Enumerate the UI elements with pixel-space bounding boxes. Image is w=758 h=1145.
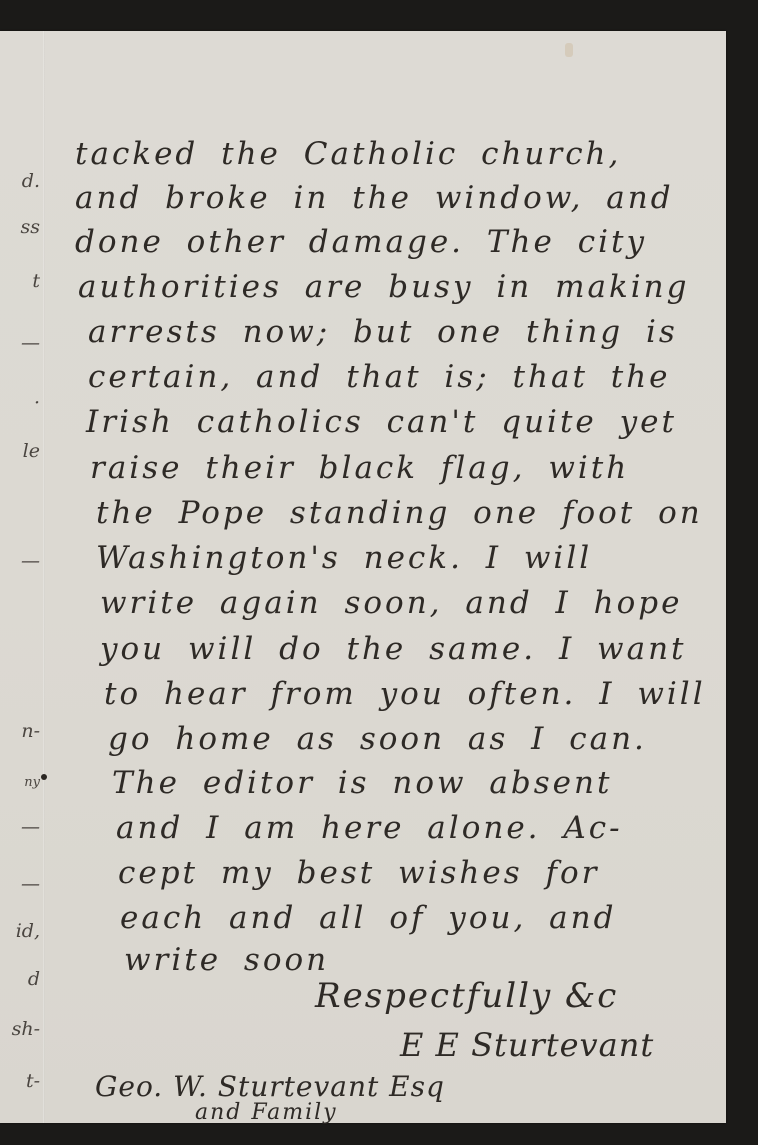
letter-line: raise their black flag, with: [90, 450, 629, 486]
paper-stain: [565, 43, 573, 57]
margin-fragment: d.: [0, 170, 40, 192]
letter-line: cept my best wishes for: [118, 855, 599, 891]
margin-fragment: —: [0, 332, 40, 354]
margin-fragment: le: [0, 440, 40, 462]
margin-fragment: —: [0, 550, 40, 572]
letter-line: and broke in the window, and: [75, 180, 674, 216]
letter-line: arrests now; but one thing is: [88, 314, 678, 350]
margin-fragment: n-: [0, 720, 40, 742]
ink-blot: [41, 774, 47, 780]
letter-line: the Pope standing one foot on: [96, 495, 703, 531]
addressee-name: Geo. W. Sturtevant Esq: [95, 1070, 445, 1103]
letter-line: you will do the same. I want: [100, 631, 687, 667]
letter-line: tacked the Catholic church,: [75, 136, 621, 172]
letter-line: The editor is now absent: [112, 765, 612, 801]
margin-fragment: d: [0, 968, 40, 990]
margin-fragment: ·: [0, 392, 40, 414]
letter-line: Washington's neck. I will: [96, 540, 592, 576]
margin-fragment: —: [0, 873, 40, 895]
letter-line: authorities are busy in making: [78, 269, 689, 305]
margin-fragment: —: [0, 816, 40, 838]
letter-line: certain, and that is; that the: [88, 359, 671, 395]
margin-fragment: t: [0, 270, 40, 292]
margin-fragment: ss: [0, 216, 40, 238]
margin-fragment: ny: [0, 775, 40, 790]
letter-line: and I am here alone. Ac-: [116, 810, 623, 846]
page-fold-line: [43, 31, 45, 1123]
margin-fragment: id,: [0, 920, 40, 942]
letter-line: go home as soon as I can.: [108, 721, 647, 757]
letter-line: Irish catholics can't quite yet: [86, 404, 677, 440]
letter-line: to hear from you often. I will: [104, 676, 706, 712]
margin-fragment: sh-: [0, 1018, 40, 1040]
letter-line: write again soon, and I hope: [100, 585, 682, 621]
letter-line: write soon: [124, 942, 329, 978]
margin-fragment: t-: [0, 1070, 40, 1092]
signature: E E Sturtevant: [400, 1026, 654, 1064]
letter-line: done other damage. The city: [75, 224, 647, 260]
closing: Respectfully &c: [315, 976, 618, 1016]
letter-line: each and all of you, and: [120, 900, 616, 936]
addressee-family: and Family: [195, 1100, 338, 1125]
